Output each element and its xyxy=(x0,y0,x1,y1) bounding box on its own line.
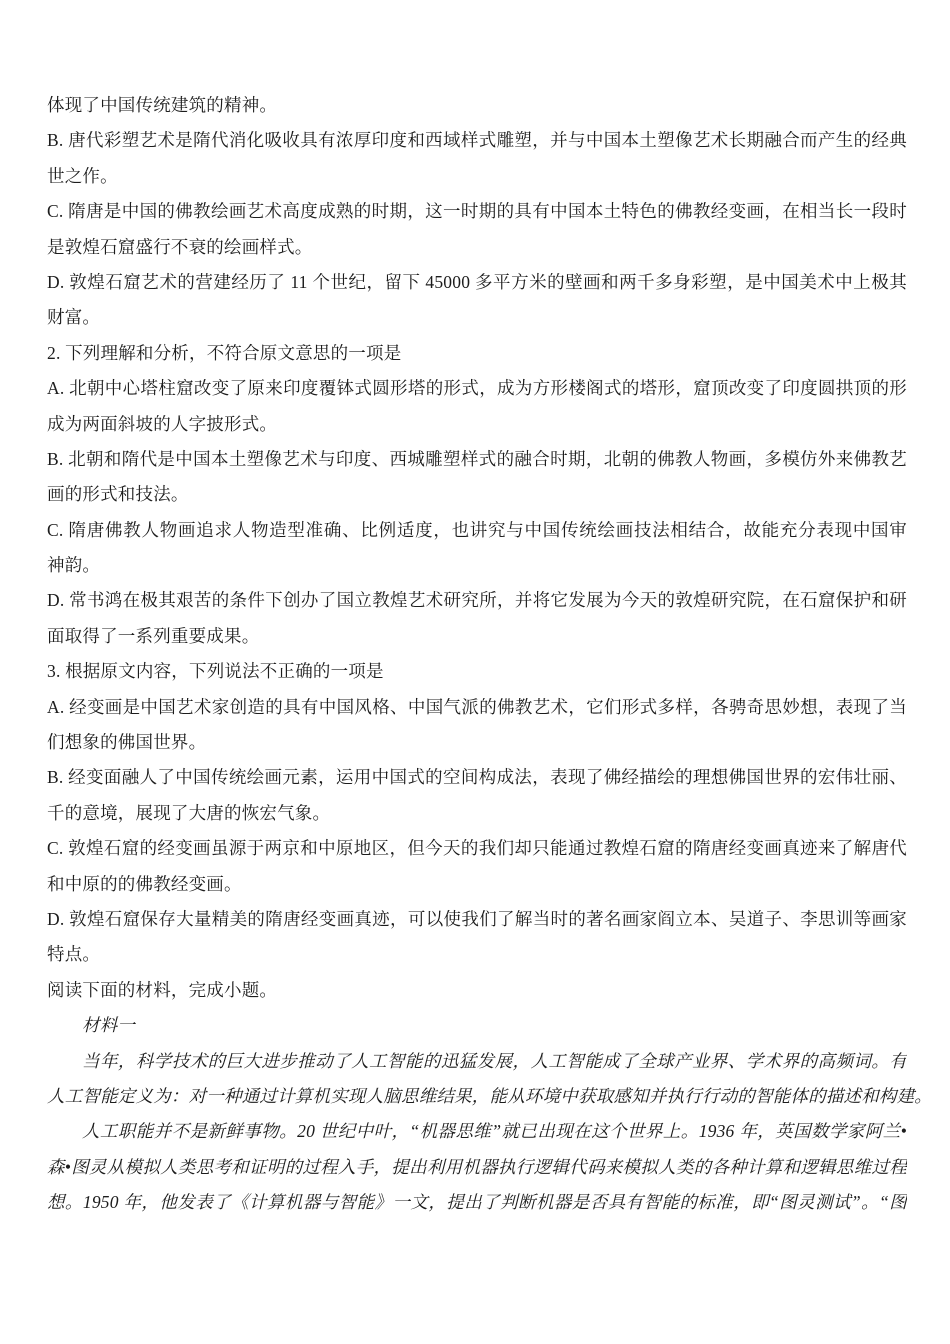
text-line: 画的形式和技法。 xyxy=(47,477,907,512)
text-line: 特点。 xyxy=(47,937,907,972)
text-line: C. 隋唐佛教人物画追求人物造型准确、比例适度，也讲究与中国传统绘画技法相结合，… xyxy=(47,513,907,548)
text-line: B. 经变面融人了中国传统绘画元素，运用中国式的空间构成法，表现了佛经描绘的理想… xyxy=(47,760,907,795)
text-line: 和中原的的佛教经变画。 xyxy=(47,867,907,902)
text-line: 森•图灵从模拟人类思考和证明的过程入手，提出利用机器执行逻辑代码来模拟人类的各种… xyxy=(47,1150,907,1185)
exam-document-page: 体现了中国传统建筑的精神。B. 唐代彩塑艺术是隋代消化吸收具有浓厚印度和西域样式… xyxy=(0,0,950,1344)
text-line: 2. 下列理解和分析，不符合原文意思的一项是 xyxy=(47,336,907,371)
text-line: 材料一 xyxy=(47,1008,907,1043)
text-line: 千的意境，展现了大唐的恢宏气象。 xyxy=(47,796,907,831)
text-line: A. 北朝中心塔柱窟改变了原来印度覆钵式圆形塔的形式，成为方形楼阁式的塔形，窟顶… xyxy=(47,371,907,406)
text-line: 人工职能并不是新鲜事物。20 世纪中叶，“机器思维”就已出现在这个世界上。193… xyxy=(47,1114,907,1149)
text-line: 想。1950 年，他发表了《计算机器与智能》一文，提出了判断机器是否具有智能的标… xyxy=(47,1185,907,1220)
text-line: C. 敦煌石窟的经变画虽源于两京和中原地区，但今天的我们却只能通过教煌石窟的隋唐… xyxy=(47,831,907,866)
text-line: D. 敦煌石窟保存大量精美的隋唐经变画真迹，可以使我们了解当时的著名画家阎立本、… xyxy=(47,902,907,937)
text-line: 面取得了一系列重要成果。 xyxy=(47,619,907,654)
text-line: 体现了中国传统建筑的精神。 xyxy=(47,88,907,123)
text-line: B. 北朝和隋代是中国本土塑像艺术与印度、西城雕塑样式的融合时期，北朝的佛教人物… xyxy=(47,442,907,477)
text-line: A. 经变画是中国艺术家创造的具有中国风格、中国气派的佛教艺术，它们形式多样，各… xyxy=(47,690,907,725)
text-line: 3. 根据原文内容，下列说法不正确的一项是 xyxy=(47,654,907,689)
text-line: 成为两面斜坡的人字披形式。 xyxy=(47,407,907,442)
text-line: 阅读下面的材料，完成小题。 xyxy=(47,973,907,1008)
document-text-block: 体现了中国传统建筑的精神。B. 唐代彩塑艺术是隋代消化吸收具有浓厚印度和西域样式… xyxy=(47,88,907,1221)
text-line: 世之作。 xyxy=(47,159,907,194)
text-line: 当年，科学技术的巨大进步推动了人工智能的迅猛发展，人工智能成了全球产业界、学术界… xyxy=(47,1044,907,1079)
text-line: B. 唐代彩塑艺术是隋代消化吸收具有浓厚印度和西域样式雕塑，并与中国本土塑像艺术… xyxy=(47,123,907,158)
text-line: D. 敦煌石窟艺术的营建经历了 11 个世纪，留下 45000 多平方米的壁画和… xyxy=(47,265,907,300)
text-line: 人工智能定义为：对一种通过计算机实现人脑思维结果，能从环境中获取感知并执行行动的… xyxy=(47,1079,907,1114)
text-line: C. 隋唐是中国的佛教绘画艺术高度成熟的时期，这一时期的具有中国本土特色的佛教经… xyxy=(47,194,907,229)
text-line: 财富。 xyxy=(47,300,907,335)
text-line: 是敦煌石窟盛行不衰的绘画样式。 xyxy=(47,230,907,265)
text-line: 们想象的佛国世界。 xyxy=(47,725,907,760)
text-line: D. 常书鸿在极其艰苦的条件下创办了国立教煌艺术研究所，并将它发展为今天的敦煌研… xyxy=(47,583,907,618)
text-line: 神韵。 xyxy=(47,548,907,583)
